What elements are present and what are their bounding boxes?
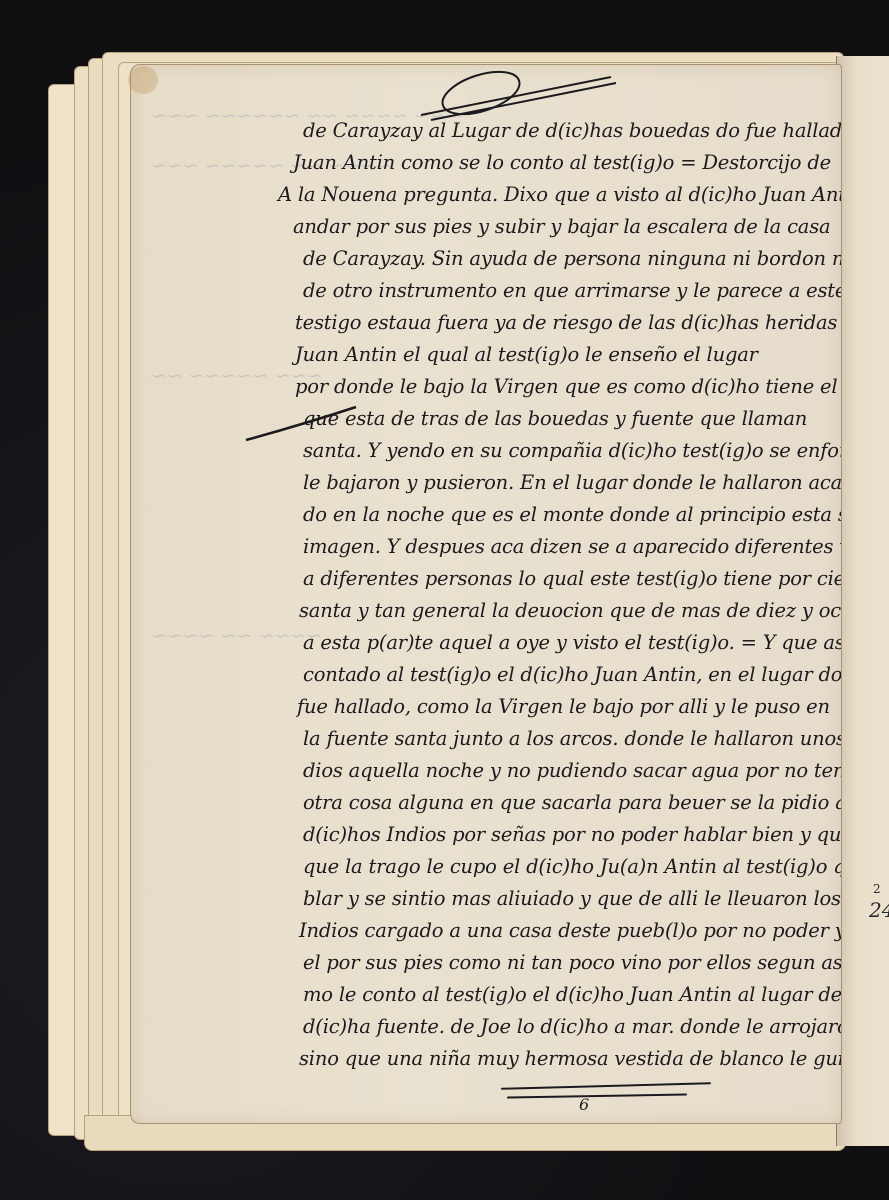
text-line: fue hallado, como la Virgen le bajo por … <box>297 695 830 718</box>
text-line: sino que una niña muy hermosa vestida de… <box>299 1047 842 1070</box>
text-line: le bajaron y pusieron. En el lugar donde… <box>303 471 842 494</box>
text-line: d(ic)hos Indios por señas por no poder h… <box>303 823 842 846</box>
text-line: d(ic)ha fuente. de Joe lo d(ic)ho a mar.… <box>303 1015 842 1038</box>
bleed-through-text: ~~~~ ~~ ~~~~ <box>151 625 322 647</box>
text-line: que la trago le cupo el d(ic)ho Ju(a)n A… <box>303 855 842 878</box>
text-line: Juan Antin como se lo conto al test(ig)o… <box>293 151 831 174</box>
closing-rule <box>501 1082 711 1089</box>
text-line: por donde le bajo la Virgen que es como … <box>295 375 842 398</box>
folio-mark: 6 <box>579 1095 589 1114</box>
text-line: santa y tan general la deuocion que de m… <box>299 599 842 622</box>
text-line: que esta de tras de las bouedas y fuente… <box>303 407 807 430</box>
manuscript-page: ~~~ ~~~~ ~~ ~~~~~~ ~~~ ~~~~ ~~ ~~~~~ ~~~… <box>130 64 842 1124</box>
text-line: contado al test(ig)o el d(ic)ho Juan Ant… <box>303 663 842 686</box>
text-line: A la Nouena pregunta. Dixo que a visto a… <box>278 183 842 206</box>
text-line: andar por sus pies y subir y bajar la es… <box>293 215 830 238</box>
text-line: santa. Y yendo en su compañia d(ic)ho te… <box>303 439 842 462</box>
text-line: imagen. Y despues aca dizen se a apareci… <box>303 535 842 558</box>
text-line: de Carayzay al Lugar de d(ic)has bouedas… <box>303 119 842 142</box>
text-line: blar y se sintio mas aliuiado y que de a… <box>303 887 842 910</box>
text-line: Indios cargado a una casa deste pueb(l)o… <box>299 919 842 942</box>
text-line: a diferentes personas lo qual este test(… <box>303 567 842 590</box>
text-line: dios aquella noche y no pudiendo sacar a… <box>303 759 842 782</box>
water-stain <box>128 66 158 94</box>
text-line: Juan Antin el qual al test(ig)o le enseñ… <box>295 343 758 366</box>
text-line: mo le conto al test(ig)o el d(ic)ho Juan… <box>303 983 842 1006</box>
right-margin-note-small: 2 <box>873 882 881 896</box>
text-line: do en la noche que es el monte donde al … <box>303 503 842 526</box>
text-line: la fuente santa junto a los arcos. donde… <box>303 727 842 750</box>
text-line: de Carayzay. Sin ayuda de persona ningun… <box>303 247 842 270</box>
text-line: a esta p(ar)te aquel a oye y visto el te… <box>303 631 842 654</box>
text-line: testigo estaua fuera ya de riesgo de las… <box>295 311 842 334</box>
closing-rule <box>507 1093 687 1098</box>
adjacent-right-page: 2 24 <box>836 56 889 1146</box>
text-line: el por sus pies como ni tan poco vino po… <box>303 951 842 974</box>
text-line: de otro instrumento en que arrimarse y l… <box>303 279 842 302</box>
right-margin-note: 24 <box>869 898 889 922</box>
text-line: otra cosa alguna en que sacarla para beu… <box>303 791 842 814</box>
